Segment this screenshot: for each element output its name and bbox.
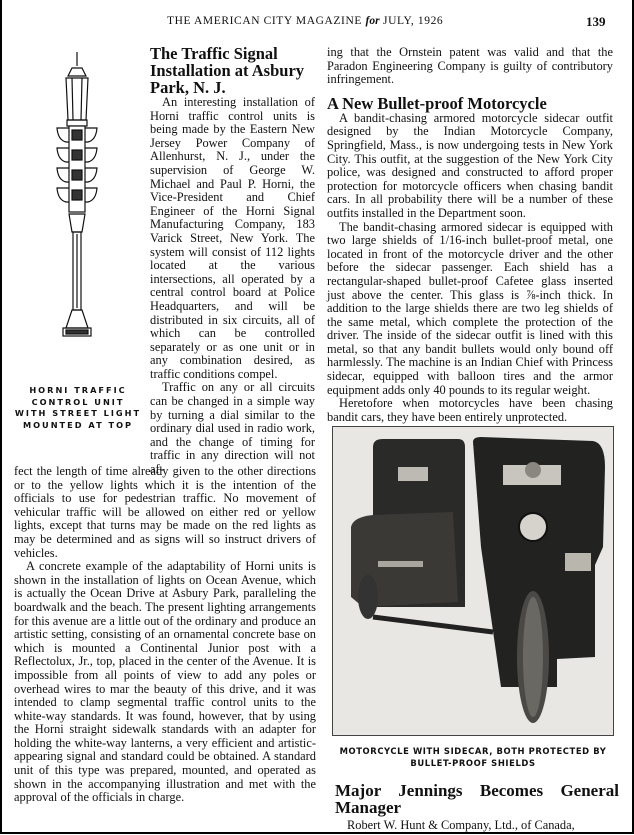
magazine-title: THE AMERICAN CITY MAGAZINE for JULY, 192… (167, 15, 443, 27)
motorcycle-photo-caption: MOTORCYCLE WITH SIDECAR, BOTH PROTECTED … (327, 745, 619, 769)
traffic-article-title: The Traffic Signal Installation at Asbur… (150, 45, 315, 96)
motorcycle-sidecar-image (333, 427, 613, 735)
motorcycle-photo (332, 426, 614, 736)
traffic-article-narrow-column: The Traffic Signal Installation at Asbur… (150, 45, 315, 477)
motorcycle-paragraph: A bandit-chasing armored motorcycle side… (327, 112, 613, 221)
traffic-article-wide-column: fect the length of time already given to… (14, 465, 316, 805)
jennings-article-title: Major Jennings Becomes General Manager (335, 782, 619, 816)
traffic-paragraph: A concrete example of the adaptability o… (14, 560, 316, 805)
magazine-page: THE AMERICAN CITY MAGAZINE for JULY, 192… (0, 0, 634, 834)
running-header: THE AMERICAN CITY MAGAZINE for JULY, 192… (2, 15, 634, 35)
motorcycle-paragraph: Heretofore when motorcycles have been ch… (327, 397, 613, 424)
jennings-article: Major Jennings Becomes General Manager R… (335, 782, 619, 833)
traffic-paragraph: An interesting installation of Horni tra… (150, 96, 315, 381)
right-column: ing that the Ornstein patent was valid a… (327, 46, 613, 424)
motorcycle-paragraph: The bandit-chasing armored sidecar is eq… (327, 221, 613, 398)
page-number: 139 (586, 14, 606, 30)
traffic-lamp-illustration (52, 52, 102, 342)
motorcycle-article-title: A New Bullet-proof Motorcycle (327, 95, 613, 112)
jennings-paragraph: Robert W. Hunt & Company, Ltd., of Canad… (335, 819, 619, 833)
traffic-paragraph: Traffic on any or all circuits can be ch… (150, 381, 315, 476)
traffic-paragraph: fect the length of time already given to… (14, 465, 316, 560)
lamp-figure-caption: HORNI TRAFFIC CONTROL UNIT WITH STREET L… (14, 385, 142, 431)
continued-paragraph: ing that the Ornstein patent was valid a… (327, 46, 613, 87)
